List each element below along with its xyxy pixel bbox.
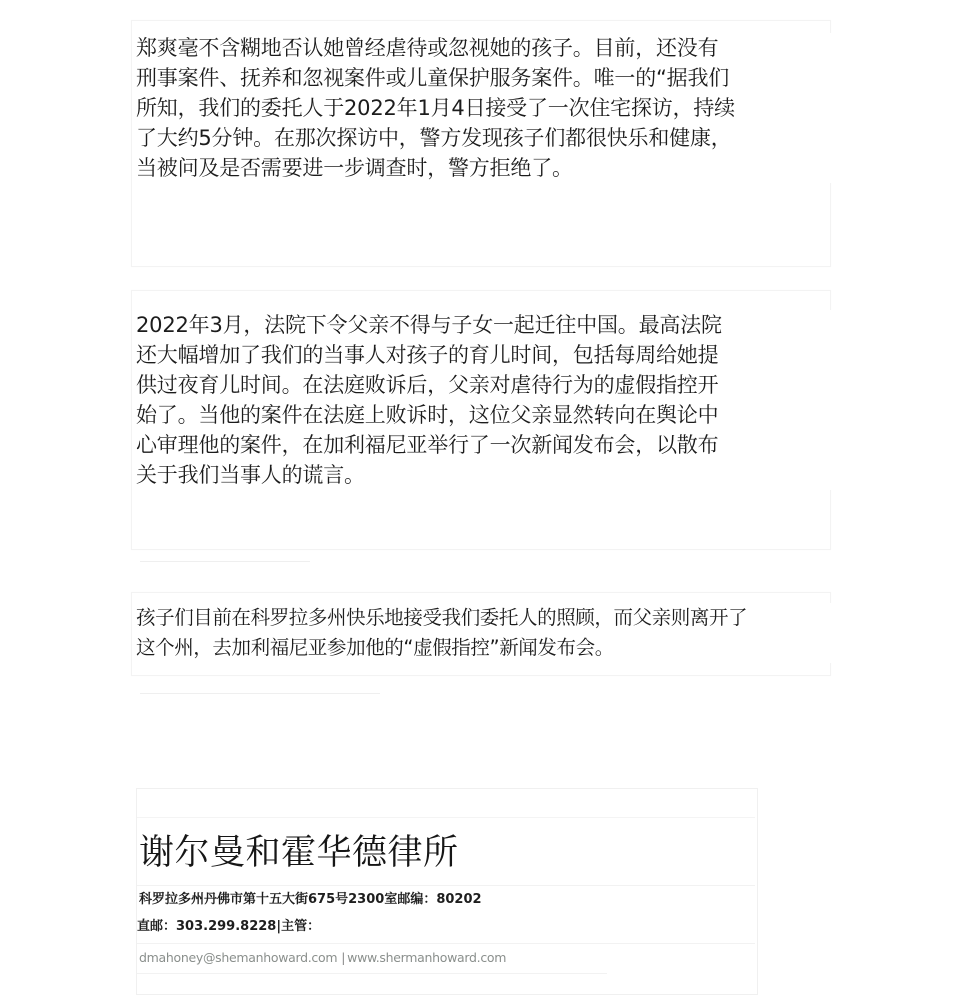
divider-line [137,943,755,944]
divider-line [140,693,380,694]
paragraph-current-status: 孩子们目前在科罗拉多州快乐地接受我们委托人的照顾，而父亲则离开了 这个州，去加利… [136,603,836,663]
law-firm-signature: 谢尔曼和霍华德律所 科罗拉多州丹佛市第十五大街675号2300室邮编：80202… [136,788,758,995]
paragraph-line: 刑事案件、抚养和忽视案件或儿童保护服务案件。唯一的“据我们 [136,63,836,93]
firm-address: 科罗拉多州丹佛市第十五大街675号2300室邮编：80202 [139,890,482,910]
paragraph-line: 这个州，去加利福尼亚参加他的“虚假指控”新闻发布会。 [136,633,836,663]
contact-line: dmahoney@shemanhoward.com|www.shermanhow… [139,948,506,968]
paragraph-line: 了大约5分钟。在那次探访中，警方发现孩子们都很快乐和健康， [136,123,836,153]
paragraph-line: 还大幅增加了我们的当事人对孩子的育儿时间，包括每周给她提 [136,340,836,370]
divider-line [137,885,755,886]
divider-line [137,817,755,818]
website-link[interactable]: www.shermanhoward.com [347,950,506,965]
paragraph-line: 孩子们目前在科罗拉多州快乐地接受我们委托人的照顾，而父亲则离开了 [136,603,836,633]
paragraph-denial: 郑爽毫不含糊地否认她曾经虐待或忽视她的孩子。目前，还没有 刑事案件、抚养和忽视案… [136,33,836,183]
paragraph-line: 始了。当他的案件在法庭上败诉时，这位父亲显然转向在舆论中 [136,400,836,430]
paragraph-line: 当被问及是否需要进一步调查时，警方拒绝了。 [136,153,836,183]
paragraph-line: 郑爽毫不含糊地否认她曾经虐待或忽视她的孩子。目前，还没有 [136,33,836,63]
divider-line [140,561,310,562]
paragraph-line: 所知，我们的委托人于2022年1月4日接受了一次住宅探访，持续 [136,93,836,123]
paragraph-line: 2022年3月，法院下令父亲不得与子女一起迁往中国。最高法院 [136,310,836,340]
firm-name: 谢尔曼和霍华德律所 [139,831,459,875]
separator: | [341,950,345,965]
paragraph-court-ruling: 2022年3月，法院下令父亲不得与子女一起迁往中国。最高法院 还大幅增加了我们的… [136,310,836,490]
paragraph-line: 关于我们当事人的谎言。 [136,460,836,490]
divider-line [137,973,607,974]
paragraph-line: 心审理他的案件，在加利福尼亚举行了一次新闻发布会，以散布 [136,430,836,460]
paragraph-line: 供过夜育儿时间。在法庭败诉后，父亲对虐待行为的虚假指控开 [136,370,836,400]
email-link[interactable]: dmahoney@shemanhoward.com [139,950,337,965]
firm-phone: 直邮：303.299.8228|主管： [137,917,320,937]
